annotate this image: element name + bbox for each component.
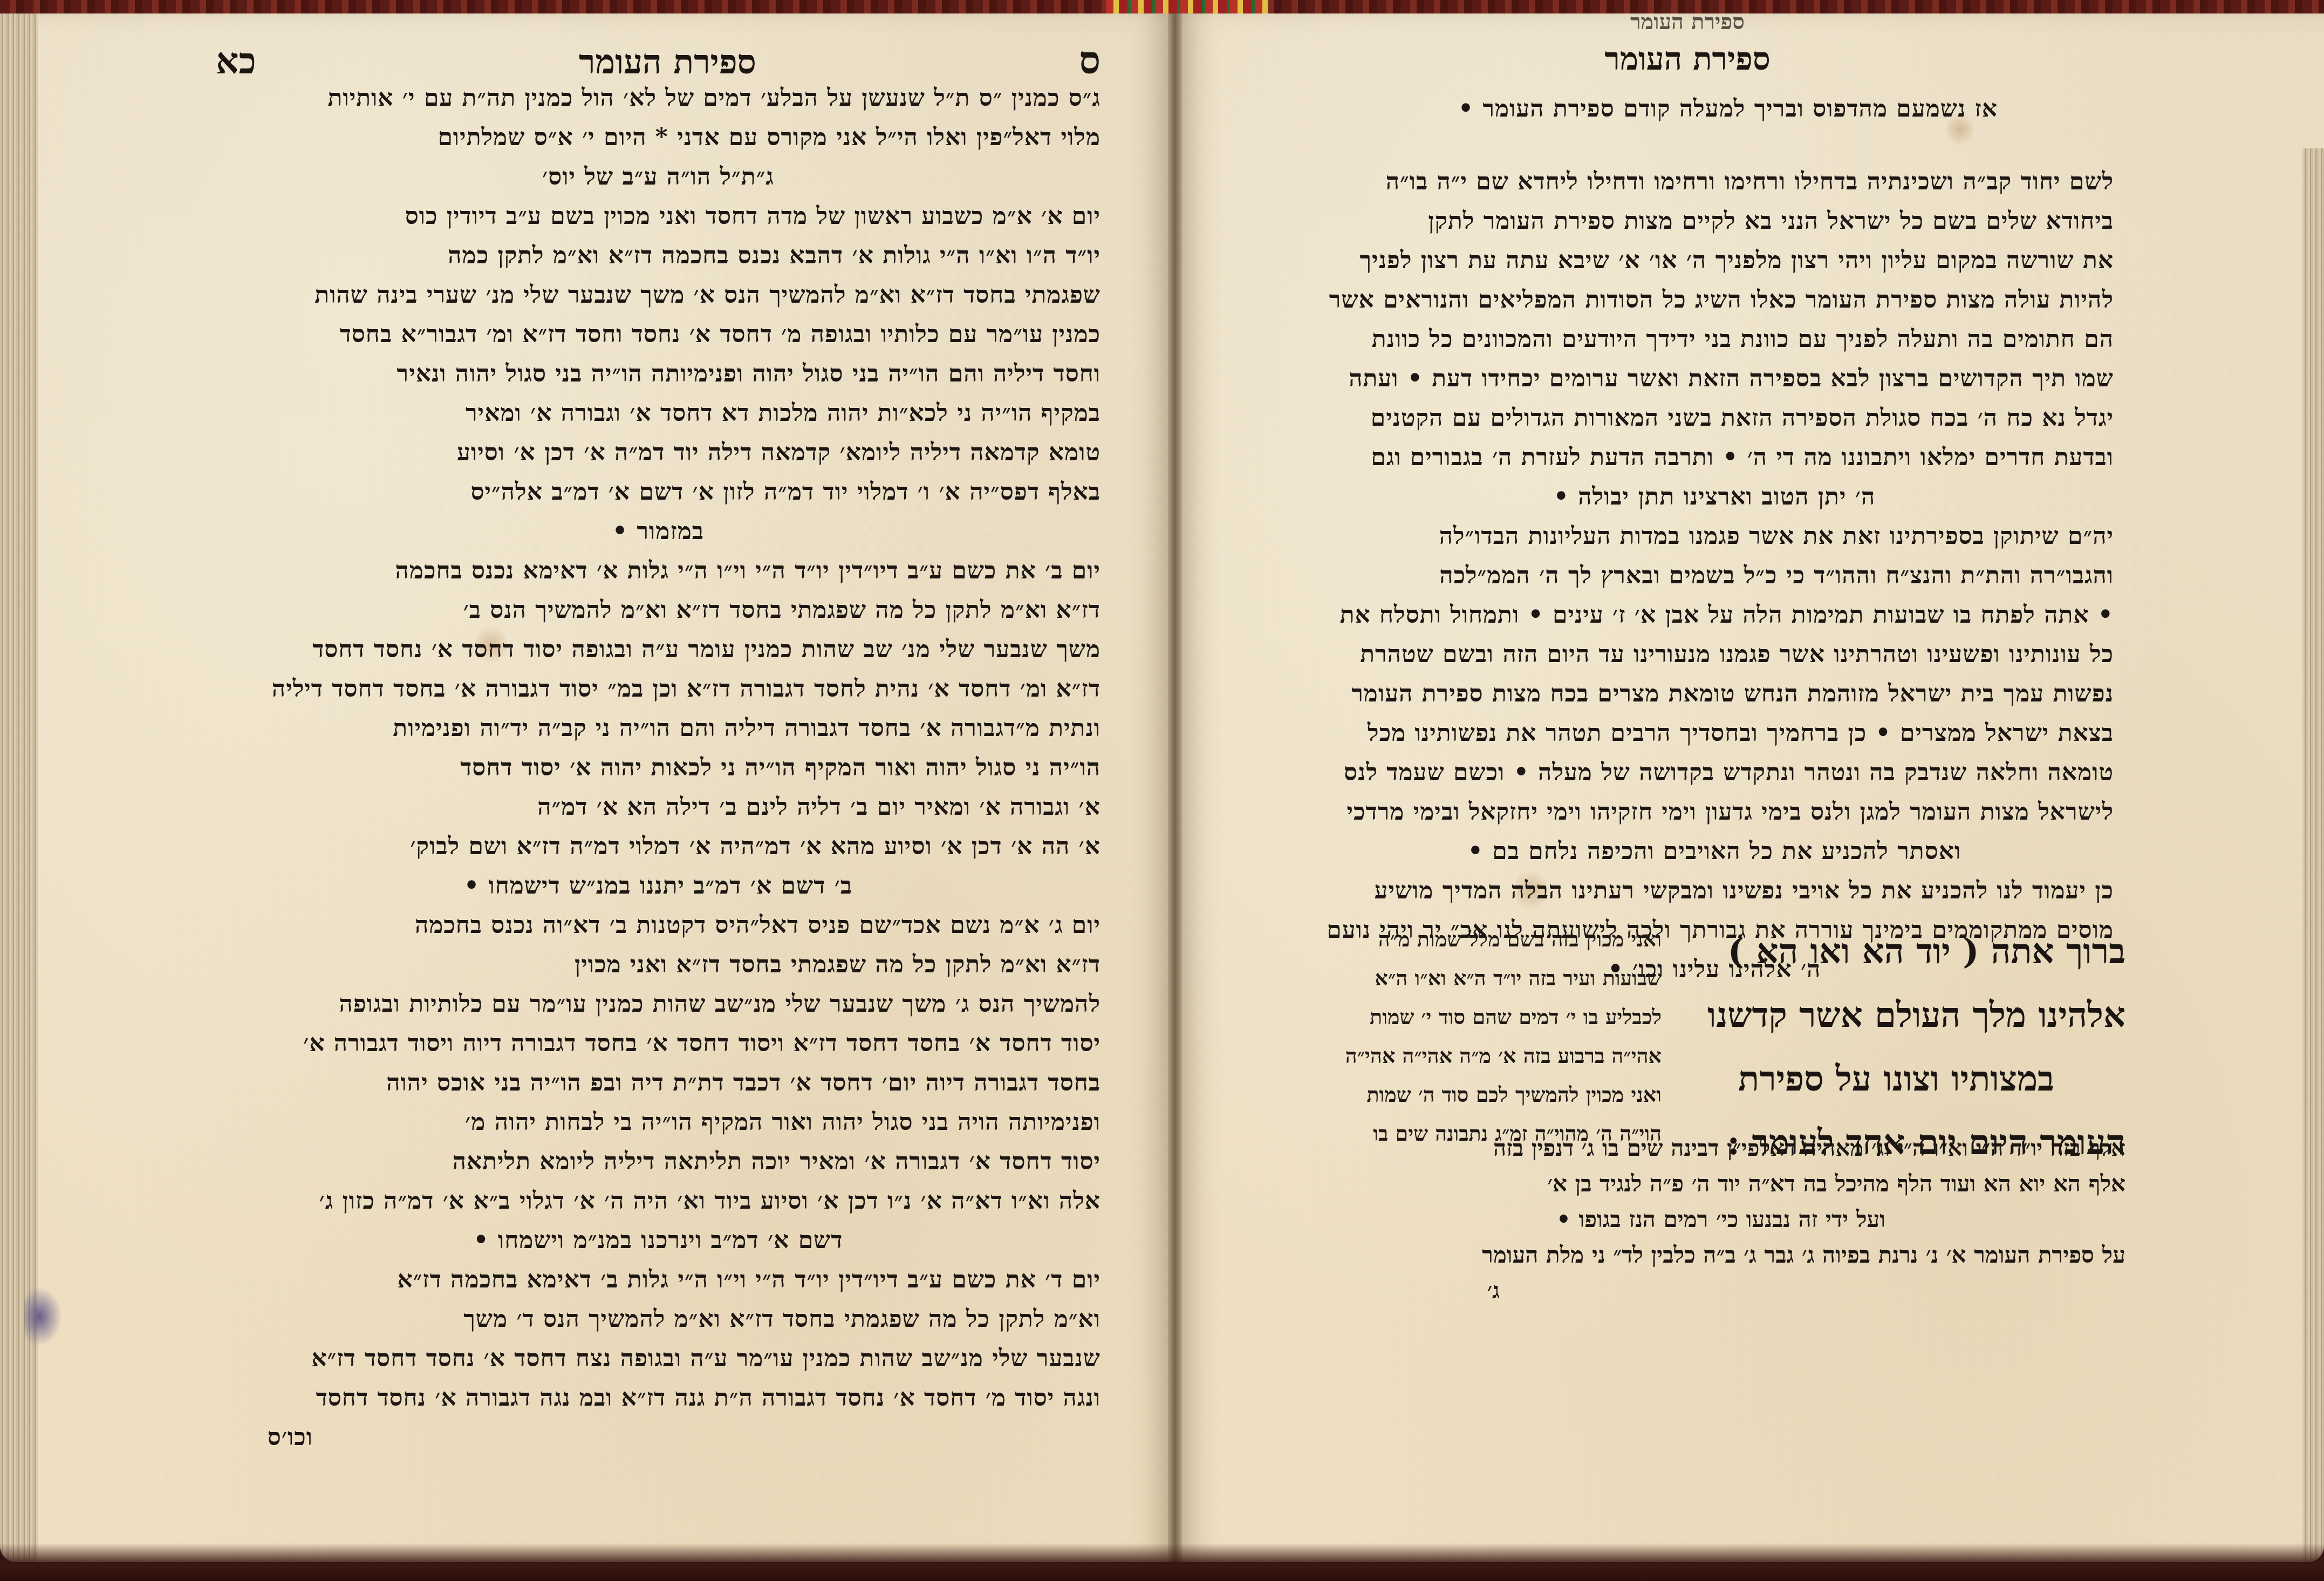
text-line: דז״א וא״מ לתקן כל מה שפגמתי בחסד דז״א וא… xyxy=(216,945,1101,984)
intro-line: כל עונותינו ופשעינו וטהרתינו אשר פגמנו מ… xyxy=(1315,635,2114,674)
blessing-line: ברוך אתה ( יוד הא ואו הא ) xyxy=(1667,920,2125,984)
text-line: טומא קדמאה דיליה ליומא׳ קדמאה דילה יוד ד… xyxy=(216,433,1101,472)
day-2-heading: יום ב׳ את כשם ע״ב דיו״דין יו״ד ה״י וי״ו … xyxy=(216,551,1101,590)
text-line: דשם א׳ דמ״ב וינרכנו במנ״מ וישמחו • xyxy=(216,1221,1101,1260)
page-number: כא xyxy=(216,40,256,83)
text-line: מלוי דאל״פין ואלו הי״ל אני מקורס עם אדני… xyxy=(216,118,1101,157)
kavana-line: לכבליע בו י׳ דמים שהם סוד י׳ שמות xyxy=(1316,998,1662,1037)
after-line: ועל ידי זה נבנעו כי׳ רמים הנז בגופו • xyxy=(1316,1202,2125,1237)
day-4-heading: יום ד׳ את כשם ע״ב דיו״דין יו״ד ה״י וי״ו … xyxy=(216,1260,1101,1299)
scan-background: ס ספירת העומר כא ג״ס כמנין ״ס ת״ל שנעשן … xyxy=(0,0,2324,1581)
intro-line: את שורשה במקום עליון ויהי רצון מלפניך ה׳… xyxy=(1315,241,2114,280)
intro-line: בצאת ישראל ממצרים • כן ברחמיך ובחסדיך הר… xyxy=(1315,713,2114,753)
intro-line: כן יעמוד לנו להכניע את כל אויבי נפשינו ו… xyxy=(1315,871,2114,910)
kavana-column: ואני מכוין בזה בשם מלל שמות מ״ה שבועות ו… xyxy=(1316,920,1662,1153)
text-line: וכו׳ס xyxy=(216,1418,1101,1457)
text-line: במקיף הו״יה ני לכא״ות יהוה מלכות דא דחסד… xyxy=(216,393,1101,433)
kavana-line: ואני מכוין בזה בשם מלל שמות מ״ה xyxy=(1316,920,1662,959)
text-line: וחסד דיליה והם הו״יה בני סגול יהוה ופנימ… xyxy=(216,354,1101,393)
running-head: ספירת העומר xyxy=(1604,40,1771,77)
intro-line: ביחודא שלים בשם כל ישראל הנני בא לקיים מ… xyxy=(1315,201,2114,241)
blessing-line: במצותיו וצונו על ספירת xyxy=(1667,1047,2125,1111)
intro-line: יגדל נא כח ה׳ בכח סגולת הספירה הזאת בשני… xyxy=(1315,398,2114,438)
intro-line: יה״ם שיתוקן בספירתינו זאת את אשר פגמנו ב… xyxy=(1315,516,2114,556)
intro-line: לישראל מצות העומר למגן ולנס בימי גדעון ו… xyxy=(1315,792,2114,832)
text-line: ג״ת״ל הו״ה ע״ב של יוס׳ xyxy=(216,157,1101,196)
book-binding-bottom xyxy=(0,1543,2324,1581)
left-page-body: ג״ס כמנין ״ס ת״ל שנעשן על הבלע׳ דמים של … xyxy=(216,78,1101,1457)
text-line: יסוד דחסד א׳ דגבורה א׳ ומאיר יוכה תליתאה… xyxy=(216,1142,1101,1181)
text-line: באלף דפס״יה א׳ ו׳ דמלוי יוד דמ״ה לזון א׳… xyxy=(216,472,1101,512)
intro-line: לשם יחוד קב״ה ושכינתיה בדחילו ורחימו ורח… xyxy=(1315,162,2114,201)
text-line: בחסד דגבורה דיוה יום׳ דחסד א׳ דכבד דת״ת … xyxy=(216,1063,1101,1102)
text-line: ג״ס כמנין ״ס ת״ל שנעשן על הבלע׳ דמים של … xyxy=(216,78,1101,118)
text-line: אלה וא״ו דא״ה א׳ נ״ו דכן א׳ וסיוע ביוד ו… xyxy=(216,1181,1101,1221)
intro-line: טומאה וחלאה שנדבק בה ונטהר ונתקדש בקדושה… xyxy=(1315,753,2114,792)
section-title-block: אז נשמעם מהדפוס ובריך למעלה קודם ספירת ה… xyxy=(1337,89,2119,128)
intro-line: • אתה לפתח בו שבועות תמימות הלה על אבן א… xyxy=(1315,595,2114,635)
intro-line: ה׳ יתן הטוב וארצינו תתן יבולה • xyxy=(1315,477,2114,516)
left-page: ס ספירת העומר כא ג״ס כמנין ״ס ת״ל שנעשן … xyxy=(0,13,1175,1562)
catchword-mark: ס xyxy=(1079,38,1101,83)
intro-line: והגבו״רה והת״ת והנצ״ח וההו״ד כי כ״ל בשמי… xyxy=(1315,556,2114,595)
bleed-through-head: ספירת העומר xyxy=(1553,13,1822,35)
day-3-heading: יום ג׳ א״מ נשם אכד״שם פניס דאל״היס דקטנו… xyxy=(216,905,1101,945)
section-title: אז נשמעם מהדפוס ובריך למעלה קודם ספירת ה… xyxy=(1337,89,2119,128)
intro-line: שמו תיך הקדושים ברצון לבא בספירה הזאת וא… xyxy=(1315,359,2114,398)
left-page-header: ס ספירת העומר כא xyxy=(216,38,1101,83)
right-page: ספירת העומר ספירת העומר אז נשמעם מהדפוס … xyxy=(1175,13,2324,1562)
text-line: משך שנבער שלי מנ׳ שב שהות כמנין עומר ע״ה… xyxy=(216,630,1101,669)
after-blessing-text: אלף בזה יו״ד ה״י וא״ו ה״י וג׳ מאהיה דאלפ… xyxy=(1316,1130,2125,1309)
open-book: ס ספירת העומר כא ג״ס כמנין ״ס ת״ל שנעשן … xyxy=(0,13,2324,1562)
text-line: דז״א ומ׳ דחסד א׳ נהית לחסד דגבורה דז״א ו… xyxy=(216,669,1101,708)
text-line: שפגמתי בחסד דז״א וא״מ להמשיך הנס א׳ משך … xyxy=(216,275,1101,315)
after-line: על ספירת העומר א׳ נ׳ נרנת בפיוה ג׳ גבר ג… xyxy=(1316,1237,2125,1273)
text-line: א׳ הה א׳ דכן א׳ וסיוע מהא א׳ דמ״היה א׳ ד… xyxy=(216,827,1101,866)
kavana-line: שבועות ועיר בזה יו״ד ה״א וא״ו ה״א xyxy=(1316,959,1662,998)
text-line: וא״מ לתקן כל מה שפגמתי בחסד דז״א וא״מ לה… xyxy=(216,1299,1101,1339)
kavana-line: אהי״ה ברבוע בזה א׳ מ״ה אהי״ה אהי״ה xyxy=(1316,1037,1662,1075)
text-line: ונגה יסוד מ׳ דחסד א׳ נחסד דגבורה ה״ת גנה… xyxy=(216,1378,1101,1418)
right-page-header: ספירת העומר xyxy=(1445,40,1930,77)
text-line: כמנין עו״מר עם כלותיו ובגופה מ׳ דחסד א׳ … xyxy=(216,315,1101,354)
ink-blot xyxy=(24,1287,62,1346)
text-line: במזמור • xyxy=(216,512,1101,551)
intro-line: נפשות עמך בית ישראל מזוהמת הנחש טומאת מצ… xyxy=(1315,674,2114,713)
right-page-intro: לשם יחוד קב״ה ושכינתיה בדחילו ורחימו ורח… xyxy=(1315,162,2114,989)
text-line: ופנימיותה הויה בני סגול יהוה ואור המקיף … xyxy=(216,1102,1101,1142)
text-line: הו״יה ני סגול יהוה ואור המקיף הו״יה ני ל… xyxy=(216,748,1101,787)
intro-line: להיות עולה מצות ספירת העומר כאלו השיג כל… xyxy=(1315,280,2114,319)
day-1-heading: יום א׳ א״מ כשבוע ראשון של מדה דחסד ואני … xyxy=(216,196,1101,236)
page-stack-edge xyxy=(2302,148,2324,1562)
after-line: אלף בזה יו״ד ה״י וא״ו ה״י וג׳ מאהיה דאלפ… xyxy=(1316,1130,2125,1166)
book-gutter xyxy=(1168,13,1182,1562)
text-line: להמשיך הנס ג׳ משך שנבער שלי מנ״שב שהות כ… xyxy=(216,984,1101,1024)
text-line: ב׳ דשם א׳ דמ״ב יתננו במנ״ש דישמחו • xyxy=(216,866,1101,905)
text-line: שנבער שלי מנ״שב שהות כמנין עו״מר ע״ה ובג… xyxy=(216,1339,1101,1378)
intro-line: ואסתר להכניע את כל האויבים והכיפה נלחם ב… xyxy=(1315,832,2114,871)
after-line: אלף הא יוא הא ועוד הלף מהיכל בה דא״ה יוד… xyxy=(1316,1166,2125,1202)
text-line: א׳ וגבורה א׳ ומאיר יום ב׳ דליה לינם ב׳ ד… xyxy=(216,787,1101,827)
running-head: ספירת העומר xyxy=(579,42,756,82)
text-line: יו״ד ה״ו וא״ו ה״י גולות א׳ דהבא נכנס בחכ… xyxy=(216,236,1101,275)
text-line: יסוד דחסד א׳ בחסד דחסד דז״א ויסוד דחסד א… xyxy=(216,1024,1101,1063)
intro-line: הם חתומים בה ותעלה לפניך עם כוונת בני יד… xyxy=(1315,319,2114,359)
blessing-line: אלהינו מלך העולם אשר קדשנו xyxy=(1667,984,2125,1047)
bleed-through-text: ספירת העומר xyxy=(1630,13,1745,35)
kavana-line: ואני מכוין להמשיך לכם סוד ה׳ שמות xyxy=(1316,1075,1662,1114)
text-line: דז״א וא״מ לתקן כל מה שפגמתי בחסד דז״א וא… xyxy=(216,590,1101,630)
after-line: ג׳ xyxy=(1316,1273,2125,1309)
text-line: ונתית מ״דגבורה א׳ בחסד דגבורה דיליה והם … xyxy=(216,708,1101,748)
intro-line: ובדעת חדרים ימלאו ויתבוננו מה די ה׳ • ות… xyxy=(1315,438,2114,477)
